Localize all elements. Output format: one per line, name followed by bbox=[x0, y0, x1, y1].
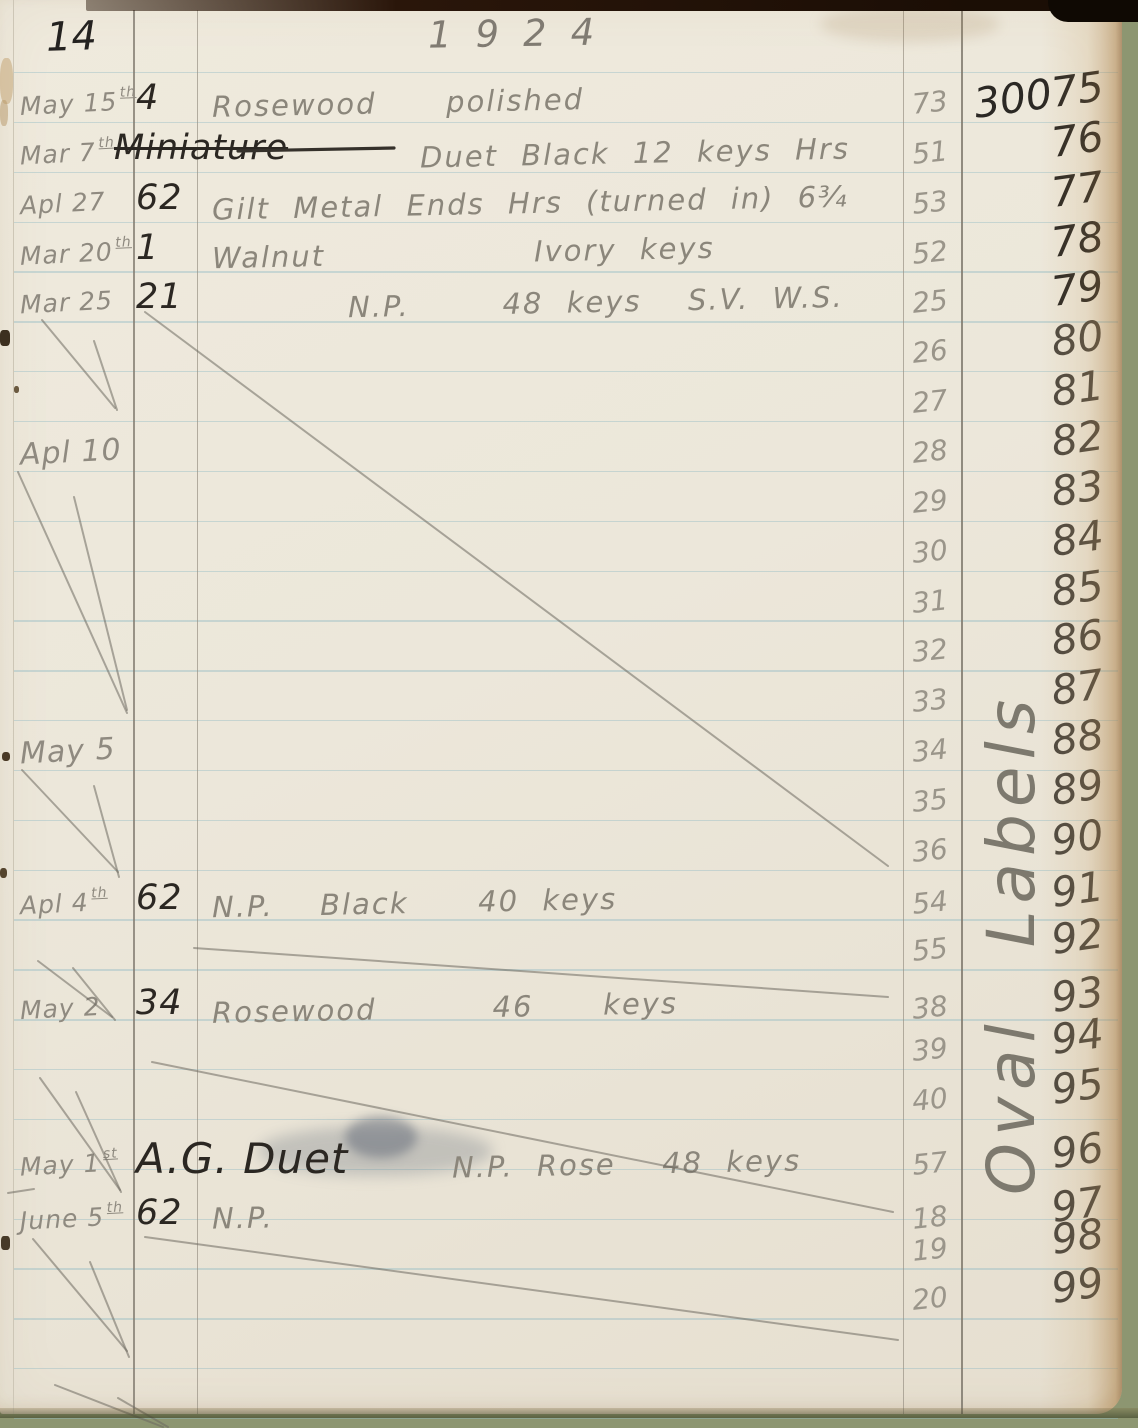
description-cell: N.P. 48 keys S.V. W.S. bbox=[348, 277, 844, 327]
quantity-cell: 34 bbox=[136, 983, 183, 1023]
quantity-cell: 62 bbox=[136, 878, 183, 918]
ledger-row: Apl 4th62N.P. Black 40 keys5491 bbox=[0, 876, 1122, 925]
ledger-row: 4095 bbox=[0, 1073, 1122, 1122]
ruled-line bbox=[14, 1368, 1118, 1369]
ledger-row: 3084 bbox=[0, 525, 1122, 574]
year-heading: 1924 bbox=[428, 10, 619, 56]
ledger-row: 3589 bbox=[0, 774, 1122, 823]
date-cell: Apl 27 bbox=[19, 181, 107, 225]
case-number-cell: 30 bbox=[899, 529, 961, 575]
case-number-cell: 26 bbox=[899, 329, 961, 375]
case-number-cell: 33 bbox=[899, 678, 961, 724]
case-number-cell: 53 bbox=[899, 180, 961, 226]
ledger-row: 1998 bbox=[0, 1223, 1122, 1272]
case-number-cell: 39 bbox=[899, 1027, 961, 1073]
ledger-row: Mar 2521N.P. 48 keys S.V. W.S.2579 bbox=[0, 275, 1122, 324]
quantity-cell: 62 bbox=[136, 178, 183, 218]
paper-stain bbox=[820, 6, 1000, 42]
date-cell: Mar 25 bbox=[19, 281, 114, 326]
ledger-row: 2680 bbox=[0, 325, 1122, 374]
margin-check-mark bbox=[55, 1385, 163, 1427]
description-cell: Gilt Metal Ends Hrs (turned in) 6¾ bbox=[212, 176, 849, 229]
date-suffix: st bbox=[103, 1145, 119, 1162]
case-number-cell: 28 bbox=[899, 429, 961, 475]
case-number-cell: 27 bbox=[899, 379, 961, 425]
quantity-cell: 4 bbox=[136, 78, 159, 118]
date-cell: May 1st bbox=[19, 1142, 120, 1191]
ledger-row: 3387 bbox=[0, 674, 1122, 723]
scan-top-right-corner bbox=[1048, 0, 1138, 22]
date-suffix: th bbox=[115, 234, 132, 251]
date-cell: May 15th bbox=[19, 81, 138, 131]
quantity-cell: A.G. Duet bbox=[136, 1139, 348, 1179]
case-number-cell: 55 bbox=[899, 928, 961, 974]
ledger-row: 2983 bbox=[0, 475, 1122, 524]
description-cell: Walnut Ivory keys bbox=[212, 227, 715, 278]
vertical-note: Oval Labels bbox=[962, 435, 1062, 1195]
case-number-cell: 54 bbox=[899, 880, 961, 926]
ledger-row: Apl 102882 bbox=[0, 425, 1122, 474]
ledger-row: 3286 bbox=[0, 624, 1122, 673]
description-cell: Rosewood polished bbox=[212, 79, 585, 127]
case-number-cell: 51 bbox=[899, 130, 961, 176]
date-suffix: th bbox=[119, 84, 136, 101]
date-cell: Mar 7th bbox=[19, 131, 117, 180]
date-suffix: th bbox=[91, 884, 108, 901]
case-number-cell: 34 bbox=[899, 728, 961, 774]
description-cell: N.P. Black 40 keys bbox=[212, 878, 618, 926]
ledger-page: 14 1924 May 15th4Rosewood polished733007… bbox=[0, 0, 1122, 1414]
ledger-row: 2099 bbox=[0, 1272, 1122, 1321]
quantity-cell: 21 bbox=[136, 277, 183, 317]
ledger-row: May 1stA.G. DuetN.P. Rose 48 keys5796 bbox=[0, 1137, 1122, 1186]
case-number-cell: 52 bbox=[899, 230, 961, 276]
serial-number-cell: 99 bbox=[956, 1262, 1106, 1322]
case-number-cell: 20 bbox=[899, 1276, 961, 1322]
date-cell: Mar 20th bbox=[19, 231, 133, 281]
description-cell: Duet Black 12 keys Hrs bbox=[420, 128, 851, 177]
case-number-cell: 36 bbox=[899, 828, 961, 874]
ruled-line bbox=[14, 72, 1118, 73]
case-number-cell: 25 bbox=[899, 279, 961, 325]
case-number-cell: 32 bbox=[899, 628, 961, 674]
quantity-cell: Miniature bbox=[114, 128, 288, 168]
ledger-row: 3994 bbox=[0, 1023, 1122, 1072]
ledger-row: 2781 bbox=[0, 375, 1122, 424]
date-suffix: th bbox=[106, 1199, 123, 1216]
date-suffix: th bbox=[98, 134, 115, 151]
case-number-cell: 19 bbox=[899, 1227, 961, 1273]
ledger-row: Mar 7thMiniatureDuet Black 12 keys Hrs51… bbox=[0, 126, 1122, 175]
ledger-row: 5592 bbox=[0, 923, 1122, 972]
ledger-row: May 53488 bbox=[0, 724, 1122, 773]
ruled-line bbox=[14, 1418, 1118, 1419]
ledger-row: May 15th4Rosewood polished7330075 bbox=[0, 76, 1122, 125]
description-cell: N.P. Rose 48 keys bbox=[452, 1140, 802, 1187]
case-number-cell: 35 bbox=[899, 778, 961, 824]
case-number-cell: 31 bbox=[899, 579, 961, 625]
ledger-row: 3185 bbox=[0, 575, 1122, 624]
page-number: 14 bbox=[45, 13, 97, 61]
quantity-cell: 1 bbox=[136, 228, 159, 268]
scan-top-border bbox=[86, 0, 1122, 11]
date-cell: May 5 bbox=[19, 730, 117, 775]
case-number-cell: 40 bbox=[899, 1077, 961, 1123]
date-cell: Apl 10 bbox=[19, 430, 123, 475]
case-number-cell: 29 bbox=[899, 479, 961, 525]
case-number-cell: 57 bbox=[899, 1141, 961, 1187]
scan-bottom-border bbox=[0, 1408, 1138, 1418]
ledger-row: Apl 2762Gilt Metal Ends Hrs (turned in) … bbox=[0, 176, 1122, 225]
ledger-row: 3690 bbox=[0, 824, 1122, 873]
case-number-cell: 73 bbox=[899, 80, 961, 126]
ledger-row: Mar 20th1Walnut Ivory keys5278 bbox=[0, 226, 1122, 275]
